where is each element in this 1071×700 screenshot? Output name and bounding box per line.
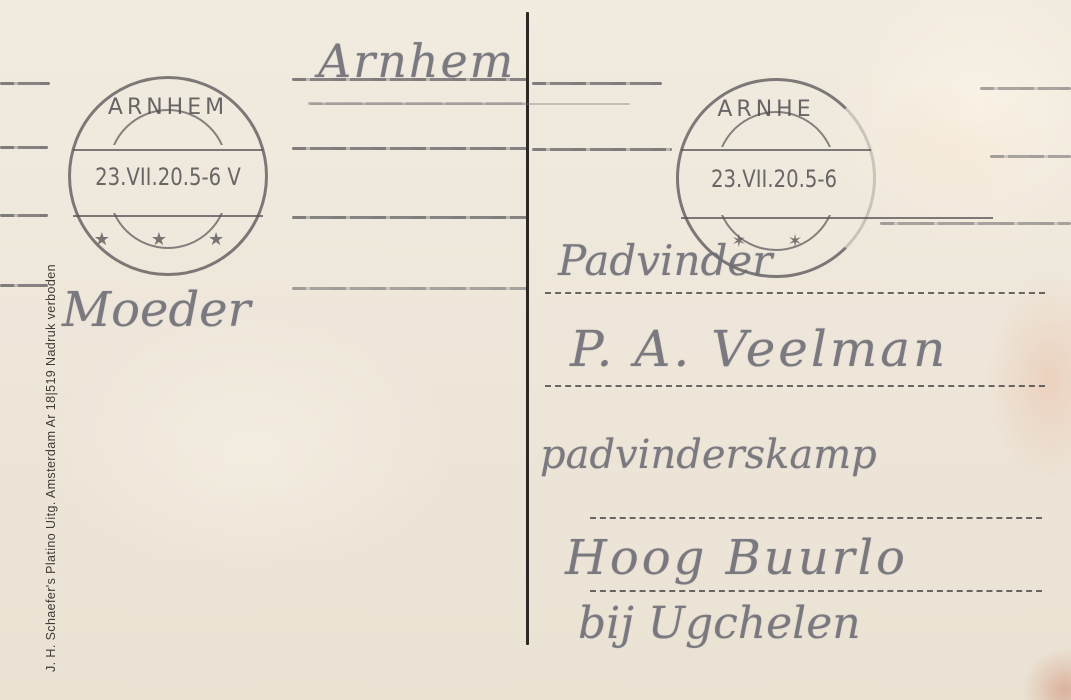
cancellation-bar [0,146,48,149]
postmark-left: ARNHEM 23.VII.20.5-6 V ★ ★ ★ [68,76,268,276]
address-line-1: Padvinder [558,236,772,285]
address-line-4: Hoog Buurlo [565,530,908,586]
cancellation-bar [990,155,1071,158]
postmark-city: ARNHEM [71,95,265,120]
cancellation-bar [0,82,50,85]
pencil-underline [310,103,630,105]
postmark-band-top [73,149,263,151]
handwritten-origin-city: Arnhem [318,34,515,88]
postmark-city: ARNHE [659,97,873,122]
cancellation-bar [980,87,1071,90]
address-dotted-line [545,385,1045,387]
star-icon: ★ ★ ★ [71,229,265,250]
postmark-band-top [681,149,871,151]
address-dotted-line [590,517,1042,519]
cancellation-bar [532,148,672,151]
cancellation-bar [880,222,1071,225]
handwritten-signature: Moeder [62,282,251,338]
cancellation-bar [0,284,48,287]
address-line-3: padvinderskamp [540,432,877,478]
address-line-5: bij Ugchelen [578,598,861,649]
cancellation-bar [292,216,527,219]
cancellation-bar [292,147,527,150]
postmark-date: 23.VII.20.5-6 [693,165,855,193]
address-dotted-line [590,590,1042,592]
postcard-back: J. H. Schaefer's Platino Uitg. Amsterdam… [0,0,1071,700]
address-dotted-line [545,292,1045,294]
cancellation-bar [532,82,662,85]
removed-stamp-area [840,0,1071,240]
address-divider-line [526,12,529,645]
cancellation-bar [292,287,527,290]
address-line-2: P. A. Veelman [570,320,948,378]
cancellation-bar [0,214,48,217]
publisher-imprint: J. H. Schaefer's Platino Uitg. Amsterdam… [44,12,58,672]
postmark-date: 23.VII.20.5-6 V [88,163,247,191]
